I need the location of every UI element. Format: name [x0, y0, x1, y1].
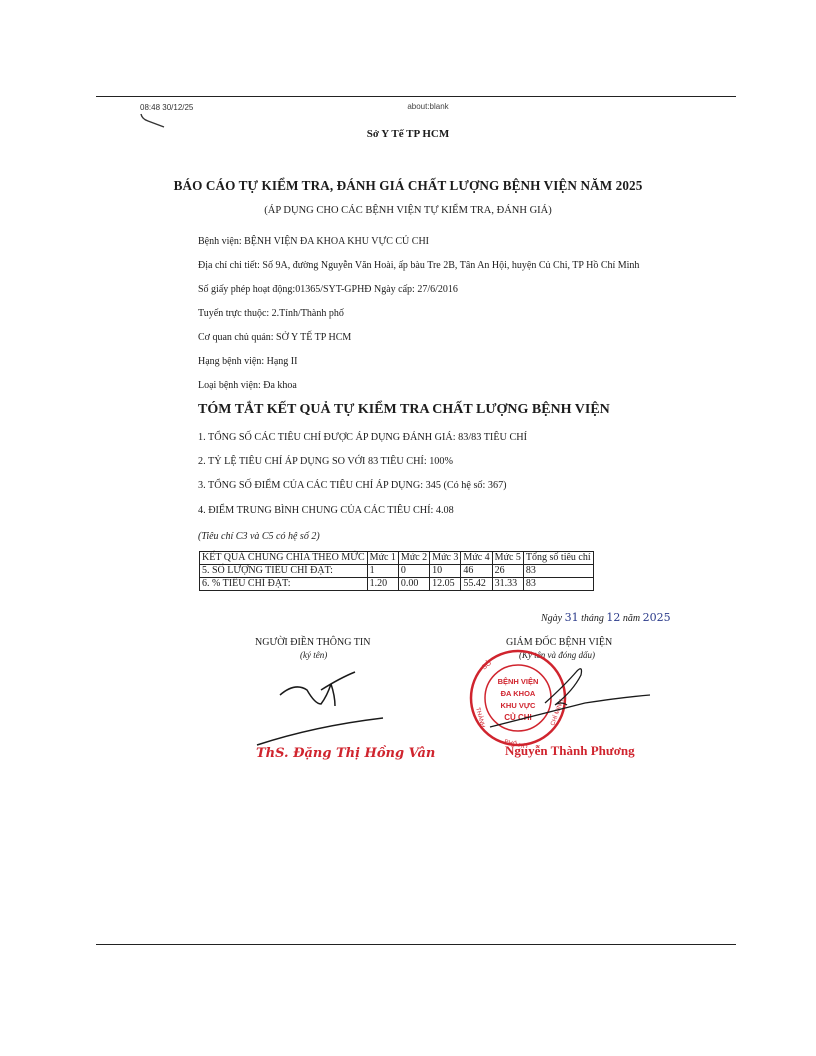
preparer-title: NGƯỜI ĐIỀN THÔNG TIN — [255, 637, 370, 648]
info-license: Số giấy phép hoạt động:01365/SYT-GPHĐ Ng… — [198, 284, 458, 295]
table-header: Mức 2 — [398, 552, 429, 565]
coefficient-note: (Tiêu chí C3 và C5 có hệ số 2) — [198, 531, 320, 542]
pen-mark-icon — [140, 113, 180, 129]
signing-date: Ngày 31 tháng 12 năm 2025 — [541, 611, 671, 624]
summary-item-1: 1. TỔNG SỐ CÁC TIÊU CHÍ ĐƯỢC ÁP DỤNG ĐÁN… — [198, 432, 527, 443]
table-cell: 6. % TIÊU CHÍ ĐẠT: — [200, 578, 368, 591]
summary-item-2: 2. TỶ LỆ TIÊU CHÍ ÁP DỤNG SO VỚI 83 TIÊU… — [198, 456, 453, 467]
info-address: Địa chỉ chi tiết: Số 9A, đường Nguyễn Vă… — [198, 260, 639, 271]
table-cell: 5. SỐ LƯỢNG TIÊU CHÍ ĐẠT: — [200, 565, 368, 578]
table-cell: 1.20 — [367, 578, 398, 591]
info-hospital-type: Loại bệnh viện: Đa khoa — [198, 380, 297, 391]
table-cell: 1 — [367, 565, 398, 578]
table-header: Mức 5 — [492, 552, 523, 565]
table-header: Tổng số tiêu chí — [523, 552, 593, 565]
info-tier: Tuyến trực thuộc: 2.Tỉnh/Thành phố — [198, 308, 344, 319]
summary-heading: TÓM TẮT KẾT QUẢ TỰ KIỂM TRA CHẤT LƯỢNG B… — [198, 402, 610, 418]
table-cell: 0 — [398, 565, 429, 578]
table-row: 5. SỐ LƯỢNG TIÊU CHÍ ĐẠT: 1 0 10 46 26 8… — [200, 565, 594, 578]
table-header: Mức 1 — [367, 552, 398, 565]
report-title: BÁO CÁO TỰ KIỂM TRA, ĐÁNH GIÁ CHẤT LƯỢNG… — [0, 178, 816, 194]
summary-item-4: 4. ĐIỂM TRUNG BÌNH CHUNG CỦA CÁC TIÊU CH… — [198, 505, 454, 516]
preparer-name: ThS. Đặng Thị Hồng Vân — [256, 746, 435, 761]
table-cell: 46 — [461, 565, 492, 578]
director-signature-icon — [485, 655, 655, 735]
summary-item-3: 3. TỔNG SỐ ĐIỂM CỦA CÁC TIÊU CHÍ ÁP DỤNG… — [198, 480, 507, 491]
table-cell: 83 — [523, 578, 593, 591]
info-hospital-rank: Hạng bệnh viện: Hạng II — [198, 356, 297, 367]
date-day: 31 — [565, 611, 579, 624]
page-top-rule — [96, 96, 736, 97]
preparer-subtitle: (ký tên) — [300, 650, 327, 660]
table-header-row: KẾT QUẢ CHUNG CHIA THEO MỨC Mức 1 Mức 2 … — [200, 552, 594, 565]
department-name: Sở Y Tế TP HCM — [0, 128, 816, 140]
director-name: Nguyễn Thành Phương — [505, 743, 635, 759]
table-cell: 31.33 — [492, 578, 523, 591]
table-header: Mức 3 — [430, 552, 461, 565]
table-header: Mức 4 — [461, 552, 492, 565]
date-month: 12 — [606, 611, 620, 624]
table-header: KẾT QUẢ CHUNG CHIA THEO MỨC — [200, 552, 368, 565]
table-cell: 0.00 — [398, 578, 429, 591]
print-url: about:blank — [0, 102, 816, 111]
info-governing-body: Cơ quan chủ quản: SỞ Y TẾ TP HCM — [198, 332, 351, 343]
results-table: KẾT QUẢ CHUNG CHIA THEO MỨC Mức 1 Mức 2 … — [199, 551, 594, 591]
date-year: 2025 — [643, 611, 671, 624]
director-title: GIÁM ĐỐC BỆNH VIỆN — [506, 637, 612, 648]
report-subtitle: (ÁP DỤNG CHO CÁC BỆNH VIỆN TỰ KIỂM TRA, … — [0, 205, 816, 216]
table-cell: 55.42 — [461, 578, 492, 591]
table-row: 6. % TIÊU CHÍ ĐẠT: 1.20 0.00 12.05 55.42… — [200, 578, 594, 591]
table-cell: 10 — [430, 565, 461, 578]
info-hospital: Bệnh viện: BỆNH VIỆN ĐA KHOA KHU VỰC CỦ … — [198, 236, 429, 247]
table-cell: 12.05 — [430, 578, 461, 591]
preparer-signature-icon — [255, 660, 385, 750]
page-bottom-rule — [96, 944, 736, 945]
table-cell: 83 — [523, 565, 593, 578]
table-cell: 26 — [492, 565, 523, 578]
